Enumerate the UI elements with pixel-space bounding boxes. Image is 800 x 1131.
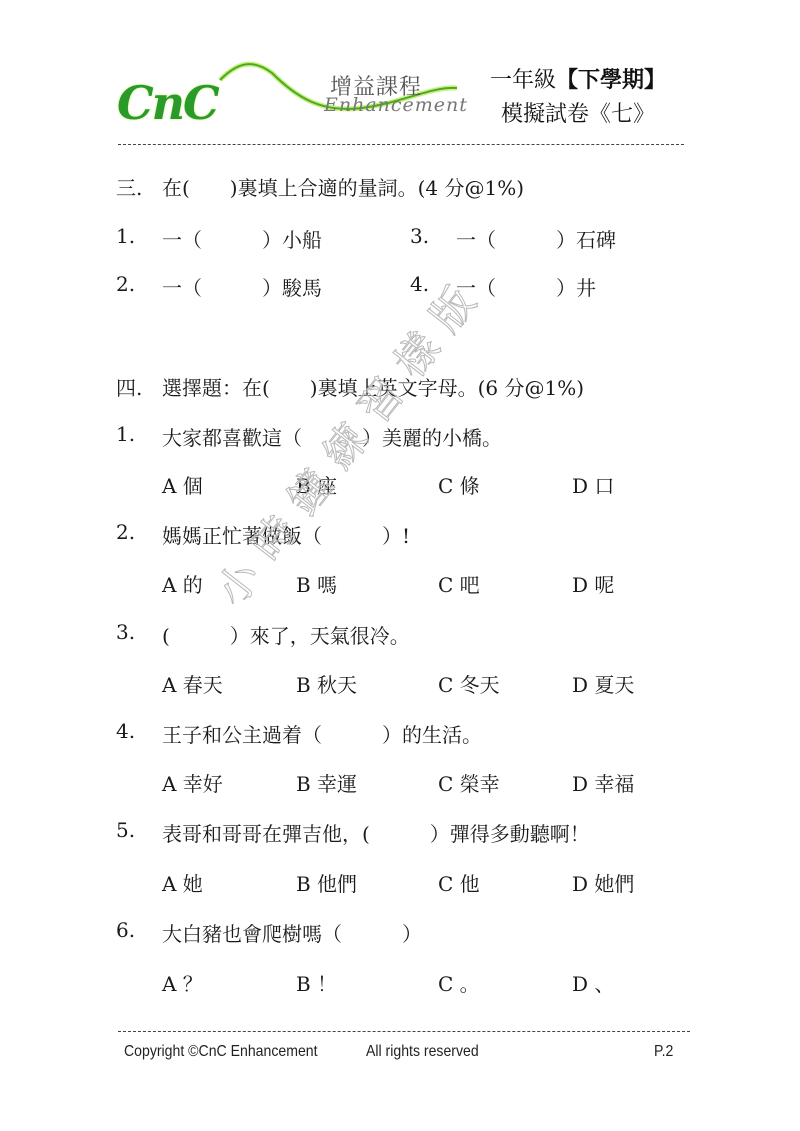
q1-option-b: B 座	[296, 470, 337, 499]
item-number: 1.	[116, 224, 135, 248]
item-text: 一（ ）小船	[162, 224, 322, 253]
q2-option-c: C 吧	[438, 569, 480, 598]
q3-option-c: C 冬天	[438, 669, 500, 698]
q1-option-d: D 口	[572, 470, 614, 499]
q5-option-b: B 他們	[296, 868, 357, 897]
question-text: ( ）來了，天氣很冷。	[162, 620, 410, 649]
q6-option-c: C 。	[438, 968, 480, 997]
question-number: 4.	[116, 719, 135, 743]
title-line-1: 一年級【下學期】	[478, 64, 678, 98]
q2-option-d: D 呢	[572, 569, 614, 598]
exam-page: CnC 增益課程 Enhancement 一年級【下學期】 模擬試卷《七》 三.…	[0, 0, 800, 1131]
question-text: 大白豬也會爬樹嗎（ ）	[162, 918, 422, 947]
brand-english: Enhancement	[324, 94, 468, 116]
q5-option-a: A 她	[162, 868, 203, 897]
footer-divider	[118, 1031, 690, 1032]
item-text: 一（ ）駿馬	[162, 272, 322, 301]
section-number: 四.	[116, 372, 142, 401]
q6-option-a: A ？	[162, 968, 203, 997]
term-label: 【下學期】	[556, 68, 666, 93]
question-text: 大家都喜歡這（ ）美麗的小橋。	[162, 422, 502, 451]
item-number: 4.	[410, 272, 429, 296]
q4-option-c: C 榮幸	[438, 768, 500, 797]
question-number: 6.	[116, 918, 135, 942]
q4-option-a: A 幸好	[162, 768, 223, 797]
question-text: 媽媽正忙著做飯（ ）!	[162, 520, 410, 549]
q3-option-b: B 秋天	[296, 669, 357, 698]
q2-option-b: B 嗎	[296, 569, 337, 598]
section-instruction: 在( )裏填上合適的量詞。(4 分@1%)	[162, 172, 524, 201]
cnc-logo: CnC 增益課程 Enhancement	[112, 58, 472, 138]
question-number: 5.	[116, 818, 135, 842]
section-instruction: 選擇題：在( )裏填上英文字母。(6 分@1%)	[162, 372, 584, 401]
item-number: 3.	[410, 224, 429, 248]
footer-rights: All rights reserved	[366, 1043, 479, 1061]
q6-option-b: B ！	[296, 968, 337, 997]
question-text: 表哥和哥哥在彈吉他，( ）彈得多動聽啊！	[162, 818, 590, 847]
q6-option-d: D 、	[572, 968, 614, 997]
q1-option-a: A 個	[162, 470, 203, 499]
logo-text: CnC	[117, 76, 218, 130]
section-number: 三.	[116, 172, 142, 201]
q3-option-a: A 春天	[162, 669, 223, 698]
question-text: 王子和公主過着（ ）的生活。	[162, 719, 482, 748]
q2-option-a: A 的	[162, 569, 203, 598]
item-text: 一（ ）石碑	[456, 224, 616, 253]
q5-option-c: C 他	[438, 868, 480, 897]
q1-option-c: C 條	[438, 470, 480, 499]
q3-option-d: D 夏天	[572, 669, 634, 698]
exam-title: 一年級【下學期】 模擬試卷《七》	[478, 64, 678, 132]
question-number: 1.	[116, 422, 135, 446]
footer-copyright: Copyright ©CnC Enhancement	[124, 1043, 318, 1061]
question-number: 2.	[116, 520, 135, 544]
title-line-2: 模擬試卷《七》	[478, 98, 678, 132]
item-text: 一（ ）井	[456, 272, 596, 301]
grade-label: 一年級	[490, 68, 556, 93]
item-number: 2.	[116, 272, 135, 296]
page-number: P.2	[654, 1043, 673, 1061]
question-number: 3.	[116, 620, 135, 644]
q4-option-d: D 幸福	[572, 768, 634, 797]
q4-option-b: B 幸運	[296, 768, 357, 797]
q5-option-d: D 她們	[572, 868, 634, 897]
header-divider	[118, 144, 684, 145]
